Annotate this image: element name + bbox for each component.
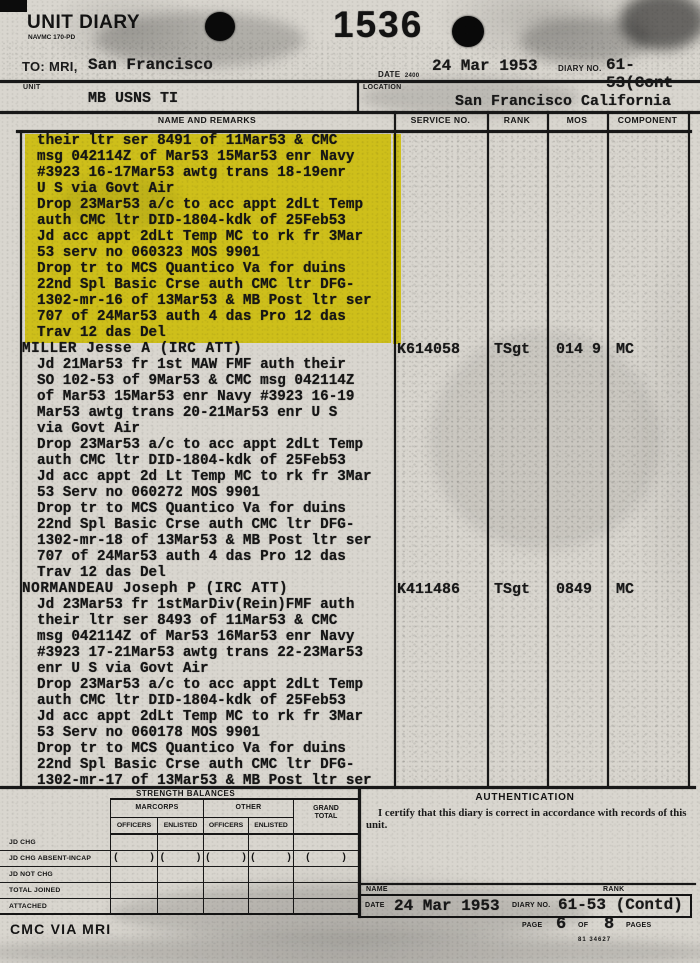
- remark-line: Jd 23Mar53 fr 1stMarDiv(Rein)FMF auth: [20, 597, 392, 613]
- strength-cell: [157, 867, 203, 883]
- rank-value: TSgt: [494, 341, 530, 358]
- service-no-value: K411486: [397, 581, 460, 598]
- col-header-service: SERVICE NO.: [394, 115, 487, 131]
- strength-cell: [110, 867, 157, 883]
- remark-line: 1302-mr-16 of 13Mar53 & MB Post ltr ser: [20, 293, 392, 309]
- strength-cell: [157, 899, 203, 915]
- remark-line: 53 Serv no 060272 MOS 9901: [20, 485, 392, 501]
- remark-line: Jd 21Mar53 fr 1st MAW FMF auth their: [20, 357, 392, 373]
- remark-line: 22nd Spl Basic Crse auth CMC ltr DFG-: [20, 757, 392, 773]
- date-label: DATE: [378, 70, 400, 79]
- form-number: NAVMC 170-PD: [28, 34, 75, 41]
- diary-no-label: DIARY NO.: [558, 64, 602, 73]
- strength-cell: [248, 883, 293, 899]
- remark-line: Jd acc appt 2dLt Temp MC to rk fr 3Mar: [20, 229, 392, 245]
- of-label: OF: [578, 922, 588, 929]
- remark-line: msg 042114Z of Mar53 16Mar53 enr Navy: [20, 629, 392, 645]
- name-and-remarks-column: their ltr ser 8491 of 11Mar53 & CMC msg …: [20, 133, 392, 789]
- strength-cell: [293, 883, 359, 899]
- strength-cell: [248, 835, 293, 851]
- remark-line: Drop 23Mar53 a/c to acc appt 2dLt Temp: [20, 197, 392, 213]
- remark-line: via Govt Air: [20, 421, 392, 437]
- hole-punch-icon: [452, 16, 484, 47]
- auth-diary-no-label: DIARY NO.: [512, 902, 550, 909]
- remark-line: Drop 23Mar53 a/c to acc appt 2dLt Temp: [20, 677, 392, 693]
- strength-cell: [110, 883, 157, 899]
- unit-diary-scanned-form: UNIT DIARY NAVMC 170-PD 1536 TO: MRI, Sa…: [0, 0, 700, 963]
- row-label: JD CHG: [0, 835, 110, 851]
- row-label: JD NOT CHG: [0, 867, 110, 883]
- component-value: MC: [616, 341, 634, 358]
- auth-diary-no-value: 61-53 (Contd): [558, 896, 683, 914]
- remark-line: #3923 16-17Mar53 awtg trans 18-19enr: [20, 165, 392, 181]
- strength-cell: ( ): [110, 851, 157, 867]
- col-header-rank: RANK: [487, 115, 547, 131]
- remark-line: Trav 12 das Del: [20, 565, 392, 581]
- remark-line: 53 serv no 060323 MOS 9901: [20, 245, 392, 261]
- remark-line: auth CMC ltr DID-1804-kdk of 25Feb53: [20, 213, 392, 229]
- strength-cell: [157, 835, 203, 851]
- scan-texture: [394, 133, 688, 786]
- row-label: ATTACHED: [0, 899, 110, 915]
- pages-label: PAGES: [626, 922, 652, 929]
- strength-cell: [248, 867, 293, 883]
- strength-cell: [157, 883, 203, 899]
- enlisted-header: ENLISTED: [157, 818, 203, 835]
- strength-balances-table: STRENGTH BALANCES MARCORPS OTHER GRAND T…: [0, 786, 359, 915]
- officers-header: OFFICERS: [110, 818, 157, 835]
- row-label: TOTAL JOINED: [0, 883, 110, 899]
- strength-cell: [293, 867, 359, 883]
- date-value: 24 Mar 1953: [432, 57, 538, 75]
- entry-name: NORMANDEAU Joseph P (IRC ATT): [20, 581, 392, 597]
- strength-cell: [293, 899, 359, 915]
- remark-line: #3923 17-21Mar53 awtg trans 22-23Mar53: [20, 645, 392, 661]
- grand-total-label: GRAND TOTAL: [308, 805, 344, 821]
- remark-line: 707 of 24Mar53 auth 4 das Pro 12 das: [20, 549, 392, 565]
- auth-date-label: DATE: [365, 902, 385, 909]
- strength-cell: [203, 867, 248, 883]
- strength-cell: [248, 899, 293, 915]
- remark-line: Mar53 awtg trans 20-21Mar53 enr U S: [20, 405, 392, 421]
- strength-cell: ( ): [157, 851, 203, 867]
- rank-value: TSgt: [494, 581, 530, 598]
- remark-line: enr U S via Govt Air: [20, 661, 392, 677]
- to-value: San Francisco: [88, 56, 213, 74]
- form-title: UNIT DIARY: [27, 12, 140, 34]
- strength-cell: [110, 899, 157, 915]
- remark-line: U S via Govt Air: [20, 181, 392, 197]
- grand-total-header: GRAND TOTAL: [293, 800, 359, 835]
- remark-line: 22nd Spl Basic Crse auth CMC ltr DFG-: [20, 517, 392, 533]
- service-no-value: K614058: [397, 341, 460, 358]
- remark-line: their ltr ser 8491 of 11Mar53 & CMC: [20, 133, 392, 149]
- scan-smudge: [430, 330, 660, 550]
- page-value: 6: [556, 915, 566, 934]
- remark-line: of Mar53 15Mar53 enr Navy #3923 16-19: [20, 389, 392, 405]
- remark-line: Drop tr to MCS Quantico Va for duins: [20, 261, 392, 277]
- mos-value: 014 9: [556, 341, 601, 358]
- remark-line: Jd acc appt 2d Lt Temp MC to rk fr 3Mar: [20, 469, 392, 485]
- col-header-mos: MOS: [547, 115, 607, 131]
- routing-text: CMC VIA MRI: [10, 921, 111, 937]
- certify-statement: I certify that this diary is correct in …: [366, 808, 694, 831]
- remark-line: Jd acc appt 2dLt Temp MC to rk fr 3Mar: [20, 709, 392, 725]
- remark-line: auth CMC ltr DID-1804-kdk of 25Feb53: [20, 453, 392, 469]
- remark-line: their ltr ser 8493 of 11Mar53 & CMC: [20, 613, 392, 629]
- auth-rank-label: RANK: [603, 886, 624, 893]
- strength-cell: [203, 883, 248, 899]
- scan-smudge: [620, 0, 700, 50]
- hole-punch-icon: [205, 12, 235, 41]
- to-label: TO: MRI,: [22, 59, 78, 74]
- print-code: 81 34627: [578, 937, 611, 943]
- remark-line: Drop tr to MCS Quantico Va for duins: [20, 741, 392, 757]
- strength-cell: ( ): [203, 851, 248, 867]
- strength-cell: ( ): [293, 851, 359, 867]
- col-header-component: COMPONENT: [607, 115, 688, 131]
- authentication-title-text: AUTHENTICATION: [475, 792, 574, 803]
- authentication-title: AUTHENTICATION: [0, 792, 700, 803]
- remark-line: Drop tr to MCS Quantico Va for duins: [20, 501, 392, 517]
- remark-line: Trav 12 das Del: [20, 325, 392, 341]
- auth-name-label: NAME: [366, 886, 388, 893]
- col-header-name: NAME AND REMARKS: [20, 115, 394, 131]
- strength-cell: ( ): [248, 851, 293, 867]
- location-value: San Francisco California: [455, 93, 671, 110]
- scan-smudge: [0, 0, 27, 12]
- entry-name: MILLER Jesse A (IRC ATT): [20, 341, 392, 357]
- strength-cell: [203, 899, 248, 915]
- diary-no-value: 61-53(Cont: [606, 56, 700, 92]
- pages-value: 8: [604, 915, 614, 934]
- stamp-number: 1536: [333, 4, 423, 46]
- remark-line: 22nd Spl Basic Crse auth CMC ltr DFG-: [20, 277, 392, 293]
- strength-cell: [203, 835, 248, 851]
- strength-cell: [110, 835, 157, 851]
- row-label: JD CHG ABSENT-INCAP: [0, 851, 110, 867]
- remark-line: Drop 23Mar53 a/c to acc appt 2dLt Temp: [20, 437, 392, 453]
- yellow-highlight-strip: [393, 134, 401, 344]
- remark-line: 1302-mr-18 of 13Mar53 & MB Post ltr ser: [20, 533, 392, 549]
- mos-value: 0849: [556, 581, 592, 598]
- remark-line: SO 102-53 of 9Mar53 & CMC msg 042114Z: [20, 373, 392, 389]
- officers-header: OFFICERS: [203, 818, 248, 835]
- unit-value: MB USNS TI: [88, 90, 178, 107]
- remark-line: 53 Serv no 060178 MOS 9901: [20, 725, 392, 741]
- date-sub-label: 2400: [405, 73, 420, 79]
- remark-line: auth CMC ltr DID-1804-kdk of 25Feb53: [20, 693, 392, 709]
- auth-date-value: 24 Mar 1953: [394, 897, 500, 915]
- remark-line: 707 of 24Mar53 auth 4 das Pro 12 das: [20, 309, 392, 325]
- component-value: MC: [616, 581, 634, 598]
- remark-line: msg 042114Z of Mar53 15Mar53 enr Navy: [20, 149, 392, 165]
- unit-label: UNIT: [23, 84, 41, 91]
- strength-cell: [293, 835, 359, 851]
- location-label: LOCATION: [363, 84, 401, 91]
- page-label: PAGE: [522, 922, 543, 929]
- enlisted-header: ENLISTED: [248, 818, 293, 835]
